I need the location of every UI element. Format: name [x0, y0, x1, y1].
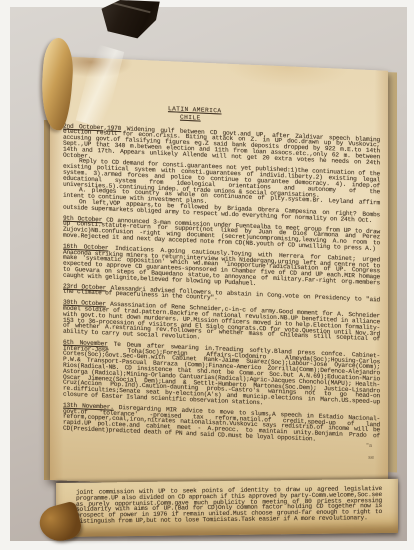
margin-mark: "a — [366, 443, 372, 449]
entry-text: Assassination of Rene Schneider,c-in-c o… — [63, 301, 380, 343]
journal-entry: 6th November Te Deum after swearing in.T… — [63, 339, 380, 411]
journal-entry: 2nd October,1970 Widening gulf between C… — [63, 123, 380, 224]
entry-text: Indications A.going cautiously.Toying wi… — [63, 245, 380, 287]
continuation-paragraph: joint commission with UP to seek points … — [76, 486, 382, 525]
photo-frame: LATIN AMERICA CHILE 2nd October,1970 Wid… — [0, 0, 414, 550]
margin-mark: * — [374, 299, 377, 305]
entry-text: Disregarding MIR advice to move to slums… — [63, 404, 380, 443]
entry-paragraph: 6th November Te Deum after swearing in.T… — [63, 339, 380, 411]
continuation-page: joint commission with UP to seek points … — [56, 479, 398, 537]
entry-text: Te Deum after swearing in.Treading softl… — [63, 341, 380, 407]
margin-mark: se — [368, 455, 374, 461]
document-page: LATIN AMERICA CHILE 2nd October,1970 Wid… — [50, 56, 388, 495]
